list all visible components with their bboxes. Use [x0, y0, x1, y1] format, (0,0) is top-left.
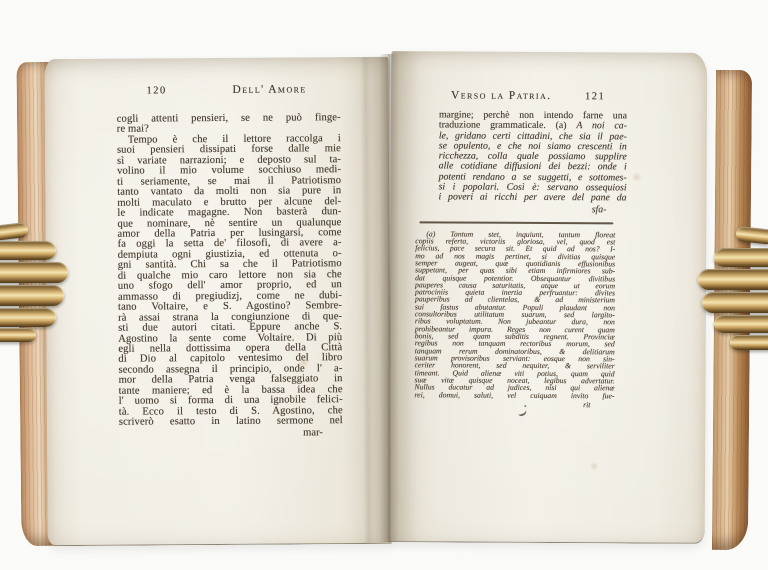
right-page: Verso la Patria. 121 margine; perchè non… — [389, 51, 708, 544]
photo-of-open-antique-book: 120 Dell' Amore cogli attenti pensieri, … — [0, 0, 768, 570]
left-running-header: 120 Dell' Amore — [116, 83, 340, 100]
brass-hand-clamp-right — [690, 232, 768, 356]
brass-thumb — [735, 226, 768, 245]
right-page-number: 121 — [585, 91, 605, 102]
left-page: 120 Dell' Amore cogli attenti pensieri, … — [44, 57, 391, 546]
right-body-text: margine; perchè non intendo farne unatra… — [438, 110, 626, 204]
brass-finger — [698, 269, 768, 290]
brass-hand-clamp-left — [0, 226, 76, 346]
left-catchword: mar- — [119, 427, 343, 440]
foxing-spot — [589, 462, 599, 470]
left-body-text: cogli attenti pensieri, se ne può finge-… — [117, 113, 343, 428]
brass-finger — [0, 285, 64, 306]
brass-finger — [714, 315, 768, 333]
footnote-text: (a) Tantum stet, inquiunt, tantum florea… — [414, 230, 615, 399]
gutter-shadow — [379, 54, 399, 542]
text-line: rei, domui, saluti, vel cuiquam invito f… — [414, 391, 614, 399]
brass-finger — [0, 308, 56, 327]
brass-finger — [0, 241, 56, 260]
left-running-title: Dell' Amore — [232, 83, 306, 96]
brass-finger — [0, 262, 68, 283]
left-page-number: 120 — [146, 85, 166, 96]
foxing-spot — [631, 172, 643, 181]
brass-thumb — [0, 222, 29, 241]
footnote-rule — [419, 221, 613, 224]
page-crease — [360, 57, 373, 543]
right-catchword: sfa- — [438, 204, 626, 216]
text-line: cogli attenti pensieri, se ne può finge- — [117, 113, 341, 125]
text-line: i poveri ai ricchi per avere del pane da — [438, 193, 626, 204]
brass-wrist — [0, 328, 36, 342]
brass-finger — [702, 292, 768, 313]
right-running-title: Verso la Patria. — [451, 89, 551, 102]
footnote-catchword: rit — [414, 399, 614, 409]
right-running-header: Verso la Patria. 121 — [439, 89, 625, 105]
brass-wrist — [730, 335, 768, 350]
brass-finger — [714, 248, 768, 267]
foxing-spot — [296, 357, 310, 367]
